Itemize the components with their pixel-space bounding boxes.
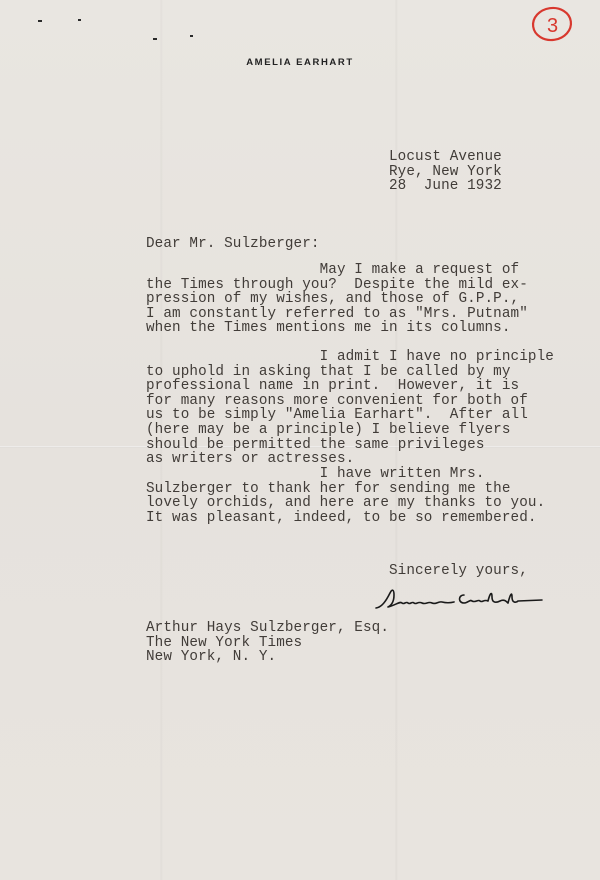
stray-mark bbox=[190, 35, 193, 37]
text-line: I am constantly referred to as "Mrs. Put… bbox=[146, 307, 528, 322]
recipient-org: The New York Times bbox=[146, 636, 389, 651]
body-paragraph-3: I have written Mrs.Sulzberger to thank h… bbox=[146, 467, 545, 525]
text-line: Sulzberger to thank her for sending me t… bbox=[146, 482, 545, 497]
text-line: lovely orchids, and here are my thanks t… bbox=[146, 496, 545, 511]
text-line: for many reasons more convenient for bot… bbox=[146, 394, 554, 409]
text-line: pression of my wishes, and those of G.P.… bbox=[146, 292, 528, 307]
address-line: Rye, New York bbox=[389, 165, 502, 180]
body-paragraph-1: May I make a request ofthe Times through… bbox=[146, 263, 528, 336]
stray-mark bbox=[78, 19, 81, 21]
text-line: as writers or actresses. bbox=[146, 452, 554, 467]
red-circle-icon: 3 bbox=[530, 4, 574, 44]
closing: Sincerely yours, bbox=[389, 564, 528, 579]
stray-mark bbox=[38, 20, 42, 22]
text-line: should be permitted the same privileges bbox=[146, 438, 554, 453]
text-line: It was pleasant, indeed, to be so rememb… bbox=[146, 511, 545, 526]
text-line: to uphold in asking that I be called by … bbox=[146, 365, 554, 380]
signature-icon bbox=[372, 583, 562, 613]
date-line: 28 June 1932 bbox=[389, 179, 502, 194]
page-number-text: 3 bbox=[547, 15, 558, 37]
stray-mark bbox=[153, 38, 157, 40]
sender-address: Locust AvenueRye, New York28 June 1932 bbox=[389, 150, 502, 194]
text-line: I admit I have no principle bbox=[146, 350, 554, 365]
body-paragraph-2: I admit I have no principleto uphold in … bbox=[146, 350, 554, 467]
text-line: May I make a request of bbox=[146, 263, 528, 278]
letterhead-name: AMELIA EARHART bbox=[0, 57, 600, 68]
address-line: Locust Avenue bbox=[389, 150, 502, 165]
page-number-annotation: 3 bbox=[530, 4, 574, 44]
handwritten-signature bbox=[372, 583, 562, 613]
recipient-city: New York, N. Y. bbox=[146, 650, 389, 665]
recipient-name: Arthur Hays Sulzberger, Esq. bbox=[146, 621, 389, 636]
text-line: when the Times mentions me in its column… bbox=[146, 321, 528, 336]
text-line: professional name in print. However, it … bbox=[146, 379, 554, 394]
text-line: us to be simply "Amelia Earhart". After … bbox=[146, 408, 554, 423]
text-line: the Times through you? Despite the mild … bbox=[146, 278, 528, 293]
recipient-address: Arthur Hays Sulzberger, Esq.The New York… bbox=[146, 621, 389, 665]
letter-paper: AMELIA EARHART 3 Locust AvenueRye, New Y… bbox=[0, 0, 600, 880]
text-line: (here may be a principle) I believe flye… bbox=[146, 423, 554, 438]
salutation: Dear Mr. Sulzberger: bbox=[146, 237, 320, 252]
text-line: I have written Mrs. bbox=[146, 467, 545, 482]
